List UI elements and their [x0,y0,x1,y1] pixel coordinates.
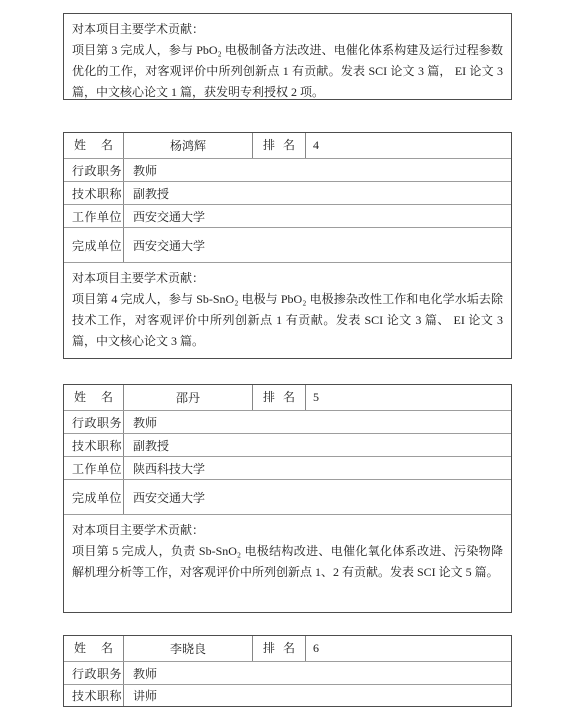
contribution-text: 项目第 4 完成人，参与 Sb-SnO₂ 电极与 PbO₂ 电极掺杂改性工作和电… [72,289,503,352]
contribution-cell: 对本项目主要学术贡献： 项目第 3 完成人，参与 PbO₂ 电极制备方法改进、电… [64,14,511,99]
contribution-row: 对本项目主要学术贡献： 项目第 5 完成人，负责 Sb-SnO₂ 电极结构改进、… [64,514,511,612]
tech-title-row: 技术职称 讲师 [64,684,511,706]
completion-unit-label: 完成单位 [64,228,123,262]
tech-title-label: 技术职称 [64,434,123,456]
admin-title-row: 行政职务 教师 [64,410,511,433]
name-value: 杨鸿辉 [123,133,252,158]
completion-unit-label: 完成单位 [64,480,123,514]
completion-unit-row: 完成单位 西安交通大学 [64,227,511,262]
person-table-rank-5: 姓 名 邵丹 排 名 5 行政职务 教师 技术职称 副教授 工作单位 陕西科技大… [63,384,512,613]
admin-title-label: 行政职务 [64,411,123,433]
work-unit-row: 工作单位 陕西科技大学 [64,456,511,479]
name-label: 姓 名 [64,636,123,661]
name-value: 邵丹 [123,385,252,410]
completion-unit-value: 西安交通大学 [123,480,511,514]
rank-value: 4 [305,133,511,158]
admin-title-value: 教师 [123,411,511,433]
document-page: 对本项目主要学术贡献： 项目第 3 完成人，参与 PbO₂ 电极制备方法改进、电… [63,13,512,707]
tech-title-value: 副教授 [123,182,511,204]
admin-title-label: 行政职务 [64,159,123,181]
rank-label: 排 名 [252,385,305,410]
contribution-heading: 对本项目主要学术贡献： [72,268,503,289]
work-unit-row: 工作单位 西安交通大学 [64,204,511,227]
admin-title-value: 教师 [123,662,511,684]
work-unit-value: 西安交通大学 [123,205,511,227]
contribution-text: 项目第 3 完成人，参与 PbO₂ 电极制备方法改进、电催化体系构建及运行过程参… [72,40,503,99]
work-unit-label: 工作单位 [64,205,123,227]
tech-title-value: 讲师 [123,685,511,706]
contribution-row: 对本项目主要学术贡献： 项目第 4 完成人，参与 Sb-SnO₂ 电极与 PbO… [64,262,511,358]
tech-title-label: 技术职称 [64,685,123,706]
completion-unit-row: 完成单位 西安交通大学 [64,479,511,514]
tech-title-row: 技术职称 副教授 [64,181,511,204]
contribution-cell: 对本项目主要学术贡献： 项目第 5 完成人，负责 Sb-SnO₂ 电极结构改进、… [64,515,511,612]
name-label: 姓 名 [64,385,123,410]
name-row: 姓 名 邵丹 排 名 5 [64,385,511,410]
completion-unit-value: 西安交通大学 [123,228,511,262]
contribution-cell: 对本项目主要学术贡献： 项目第 4 完成人，参与 Sb-SnO₂ 电极与 PbO… [64,263,511,358]
person-table-rank-6: 姓 名 李晓良 排 名 6 行政职务 教师 技术职称 讲师 [63,635,512,707]
tech-title-row: 技术职称 副教授 [64,433,511,456]
contribution-text: 项目第 5 完成人，负责 Sb-SnO₂ 电极结构改进、电催化氧化体系改进、污染… [72,541,503,583]
contribution-heading: 对本项目主要学术贡献： [72,19,503,40]
rank-label: 排 名 [252,133,305,158]
admin-title-row: 行政职务 教师 [64,158,511,181]
rank-value: 5 [305,385,511,410]
name-row: 姓 名 杨鸿辉 排 名 4 [64,133,511,158]
contribution-heading: 对本项目主要学术贡献： [72,520,503,541]
admin-title-row: 行政职务 教师 [64,661,511,684]
rank-value: 6 [305,636,511,661]
rank-label: 排 名 [252,636,305,661]
name-label: 姓 名 [64,133,123,158]
name-value: 李晓良 [123,636,252,661]
tech-title-value: 副教授 [123,434,511,456]
tech-title-label: 技术职称 [64,182,123,204]
name-row: 姓 名 李晓良 排 名 6 [64,636,511,661]
admin-title-label: 行政职务 [64,662,123,684]
admin-title-value: 教师 [123,159,511,181]
person-table-rank-4: 姓 名 杨鸿辉 排 名 4 行政职务 教师 技术职称 副教授 工作单位 西安交通… [63,132,512,359]
contribution-table-person-3: 对本项目主要学术贡献： 项目第 3 完成人，参与 PbO₂ 电极制备方法改进、电… [63,13,512,100]
work-unit-label: 工作单位 [64,457,123,479]
work-unit-value: 陕西科技大学 [123,457,511,479]
